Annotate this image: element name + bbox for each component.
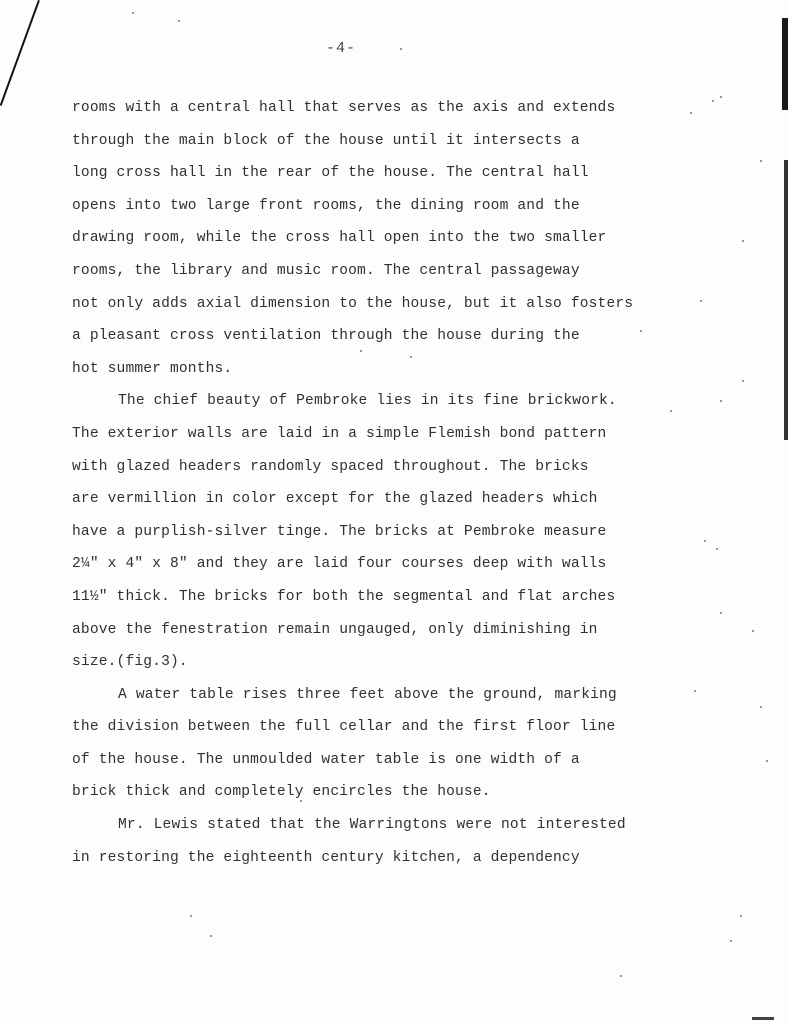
scan-speck — [712, 100, 714, 102]
scan-speck — [694, 690, 696, 692]
text-line: have a purplish-silver tinge. The bricks… — [72, 516, 692, 549]
scan-speck — [766, 760, 768, 762]
scan-speck — [670, 410, 672, 412]
text-line: the division between the full cellar and… — [72, 711, 692, 744]
scan-speck — [752, 630, 754, 632]
scan-speck — [742, 380, 744, 382]
scan-speck — [720, 400, 722, 402]
scan-artifact-footer — [752, 1017, 774, 1020]
paragraph: Mr. Lewis stated that the Warringtons we… — [72, 809, 692, 874]
paragraph: A water table rises three feet above the… — [72, 679, 692, 809]
scan-speck — [704, 540, 706, 542]
text-line: a pleasant cross ventilation through the… — [72, 320, 692, 353]
scan-speck — [742, 240, 744, 242]
scan-speck — [400, 48, 402, 50]
text-line: size.(fig.3). — [72, 646, 692, 679]
scan-speck — [640, 330, 642, 332]
scan-speck — [210, 935, 212, 937]
text-line: drawing room, while the cross hall open … — [72, 222, 692, 255]
text-line: 11½" thick. The bricks for both the segm… — [72, 581, 692, 614]
scan-speck — [720, 612, 722, 614]
page-number: -4- — [326, 40, 356, 57]
text-line: above the fenestration remain ungauged, … — [72, 614, 692, 647]
scanned-page: -4- rooms with a central hall that serve… — [0, 0, 788, 1024]
text-line: in restoring the eighteenth century kitc… — [72, 842, 692, 875]
text-line: opens into two large front rooms, the di… — [72, 190, 692, 223]
text-line: hot summer months. — [72, 353, 692, 386]
paragraph: The chief beauty of Pembroke lies in its… — [72, 385, 692, 678]
scan-speck — [300, 800, 302, 802]
scan-speck — [700, 300, 702, 302]
text-line: 2¼" x 4" x 8" and they are laid four cou… — [72, 548, 692, 581]
scan-speck — [410, 356, 412, 358]
paragraph: rooms with a central hall that serves as… — [72, 92, 692, 385]
text-line: rooms with a central hall that serves as… — [72, 92, 692, 125]
text-line: not only adds axial dimension to the hou… — [72, 288, 692, 321]
text-line: with glazed headers randomly spaced thro… — [72, 451, 692, 484]
text-line: through the main block of the house unti… — [72, 125, 692, 158]
scan-speck — [760, 706, 762, 708]
document-body: rooms with a central hall that serves as… — [72, 92, 692, 874]
text-line: are vermillion in color except for the g… — [72, 483, 692, 516]
scan-artifact-line — [0, 0, 40, 106]
text-line: of the house. The unmoulded water table … — [72, 744, 692, 777]
scan-speck — [690, 112, 692, 114]
scan-speck — [740, 915, 742, 917]
scan-speck — [160, 690, 162, 692]
scan-speck — [190, 915, 192, 917]
scan-speck — [360, 350, 362, 352]
scan-edge-bar-top — [782, 18, 788, 110]
text-line: brick thick and completely encircles the… — [72, 776, 692, 809]
text-line: The exterior walls are laid in a simple … — [72, 418, 692, 451]
scan-speck — [760, 160, 762, 162]
text-line: rooms, the library and music room. The c… — [72, 255, 692, 288]
text-line: The chief beauty of Pembroke lies in its… — [72, 385, 692, 418]
scan-speck — [720, 96, 722, 98]
text-line: long cross hall in the rear of the house… — [72, 157, 692, 190]
scan-speck — [132, 12, 134, 14]
scan-speck — [620, 975, 622, 977]
scan-speck — [716, 548, 718, 550]
scan-speck — [178, 20, 180, 22]
text-line: Mr. Lewis stated that the Warringtons we… — [72, 809, 692, 842]
text-line: A water table rises three feet above the… — [72, 679, 692, 712]
scan-edge-bar-middle — [784, 160, 788, 440]
scan-speck — [730, 940, 732, 942]
